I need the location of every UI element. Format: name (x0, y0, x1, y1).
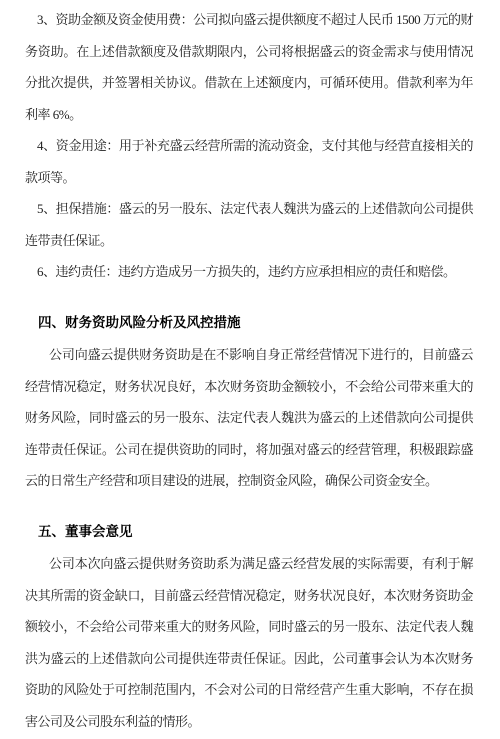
numbered-item-6-breach-liability: 6、违约责任：违约方造成另一方损失的，违约方应承担相应的责任和赔偿。 (25, 256, 473, 288)
paragraph-board-opinion: 公司本次向盛云提供财务资助系为满足盛云经营发展的实际需要，有利于解决其所需的资金… (25, 548, 473, 737)
section-heading-risk-analysis: 四、财务资助风险分析及风控措施 (25, 308, 473, 340)
paragraph-risk-analysis: 公司向盛云提供财务资助是在不影响自身正常经营情况下进行的，目前盛云经营情况稳定，… (25, 339, 473, 497)
numbered-item-4-use-of-funds: 4、资金用途：用于补充盛云经营所需的流动资金，支付其他与经营直接相关的款项等。 (25, 130, 473, 193)
numbered-item-3-funding-amount: 3、资助金额及资金使用费：公司拟向盛云提供额度不超过人民币 1500 万元的财务… (25, 4, 473, 130)
numbered-item-5-guarantee-measures: 5、担保措施：盛云的另一股东、法定代表人魏洪为盛云的上述借款向公司提供连带责任保… (25, 193, 473, 256)
document-page: 3、资助金额及资金使用费：公司拟向盛云提供额度不超过人民币 1500 万元的财务… (0, 0, 500, 739)
section-heading-board-opinion: 五、董事会意见 (25, 517, 473, 549)
